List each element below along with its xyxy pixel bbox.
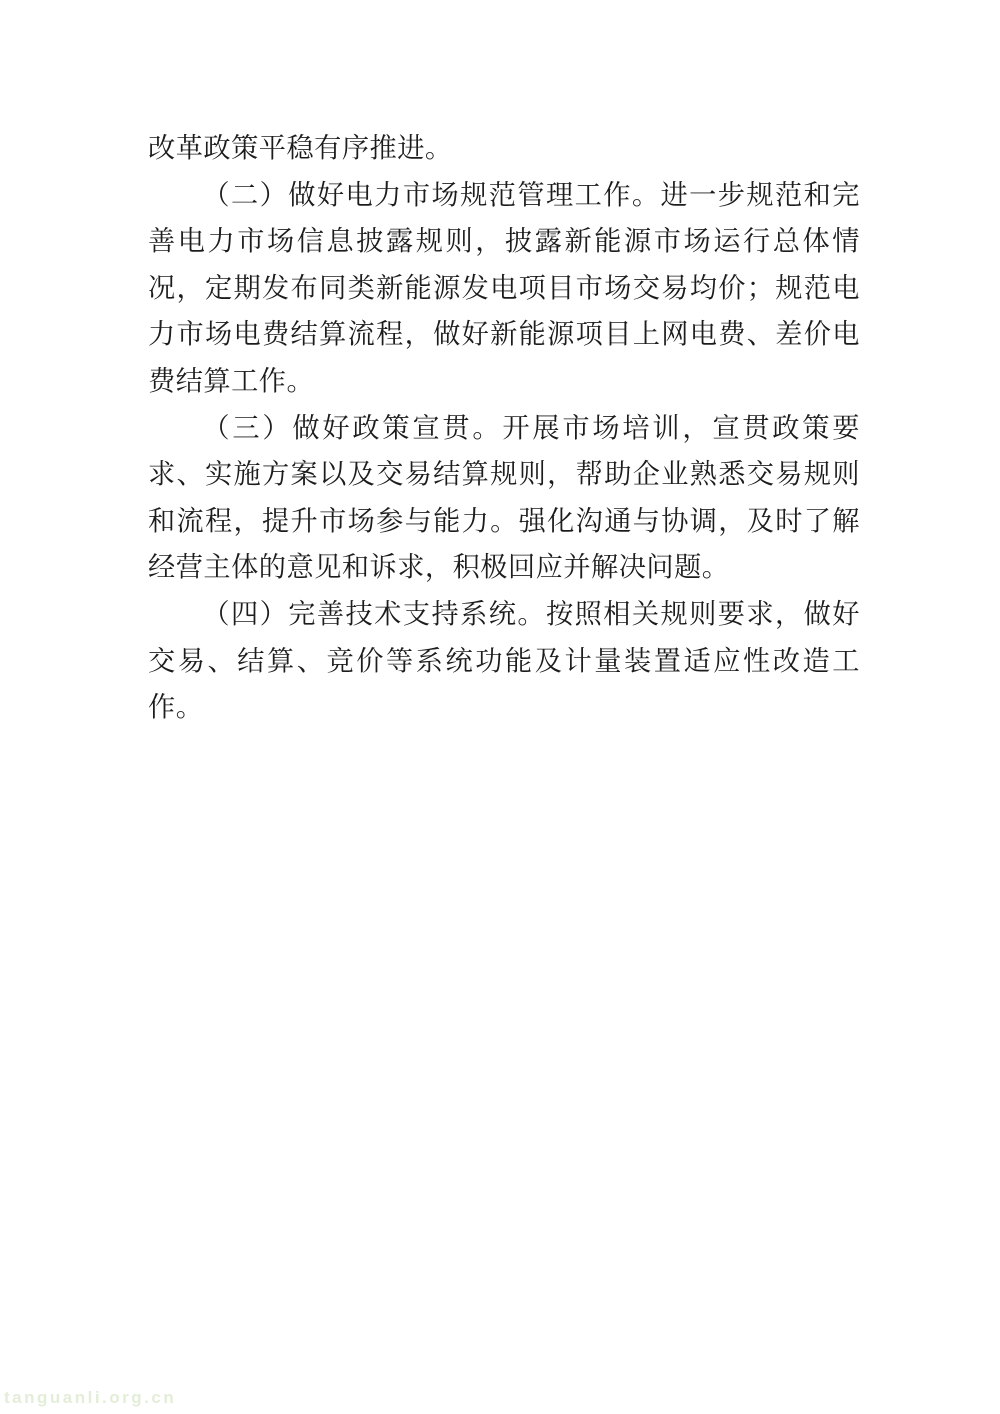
paragraph-item-3: （三）做好政策宣贯。开展市场培训，宣贯政策要求、实施方案以及交易结算规则，帮助企… bbox=[148, 405, 860, 591]
watermark-text: tanguanli.org.cn bbox=[4, 1388, 176, 1408]
document-body: 改革政策平稳有序推进。 （二）做好电力市场规范管理工作。进一步规范和完善电力市场… bbox=[148, 125, 860, 731]
paragraph-item-2: （二）做好电力市场规范管理工作。进一步规范和完善电力市场信息披露规则，披露新能源… bbox=[148, 172, 860, 405]
paragraph-continuation: 改革政策平稳有序推进。 bbox=[148, 125, 860, 172]
document-page: 改革政策平稳有序推进。 （二）做好电力市场规范管理工作。进一步规范和完善电力市场… bbox=[0, 0, 1000, 1414]
paragraph-item-4: （四）完善技术支持系统。按照相关规则要求，做好交易、结算、竞价等系统功能及计量装… bbox=[148, 591, 860, 731]
